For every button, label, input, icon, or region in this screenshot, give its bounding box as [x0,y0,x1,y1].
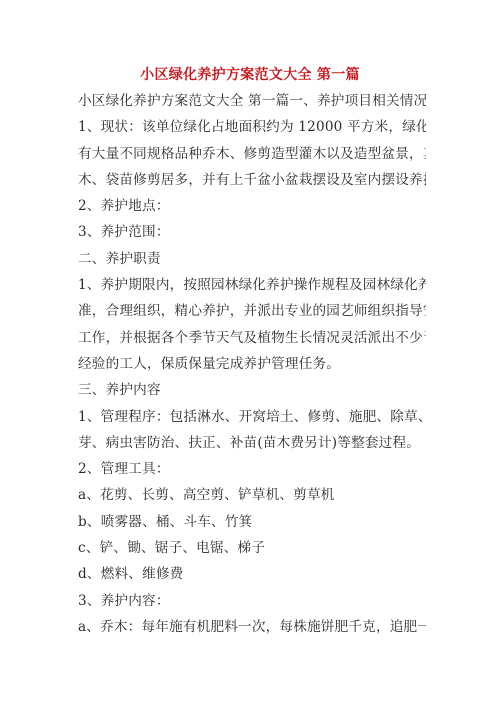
document-body: 小区绿化养护方案范文大全 第一篇一、养护项目相关情况1、现状：该单位绿化占地面积… [78,90,426,642]
document-title: 小区绿化养护方案范文大全 第一篇 [0,64,500,84]
paragraph-line: b、喷雾器、桶、斗车、竹箕 [78,511,426,537]
paragraph-line: 3、养护范围： [78,221,426,247]
paragraph-line: 有大量不同规格品种乔木、修剪造型灌木以及造型盆景，其中以灌 [78,143,426,169]
paragraph-line: 经验的工人，保质保量完成养护管理任务。 [78,353,426,379]
paragraph-line: 3、养护内容： [78,590,426,616]
paragraph-line: a、花剪、长剪、高空剪、铲草机、剪草机 [78,484,426,510]
paragraph-line: a、乔木：每年施有机肥料一次，每株施饼肥千克，追肥一次，每棵 [78,616,426,642]
paragraph-line: 2、管理工具： [78,458,426,484]
document-page: 小区绿化养护方案范文大全 第一篇 小区绿化养护方案范文大全 第一篇一、养护项目相… [0,0,500,707]
paragraph-line: 1、管理程序：包括淋水、开窝培土、修剪、施肥、除草、修剪抹 [78,406,426,432]
paragraph-line: 2、养护地点： [78,195,426,221]
paragraph-line: 小区绿化养护方案范文大全 第一篇一、养护项目相关情况 [78,90,426,116]
paragraph-line: d、燃料、维修费 [78,563,426,589]
paragraph-line: 木、袋苗修剪居多，并有上千盆小盆栽摆设及室内摆设养护。 [78,169,426,195]
paragraph-line: 三、养护内容 [78,379,426,405]
paragraph-line: 工作，并根据各个季节天气及植物生长情况灵活派出不少于 3 位有 [78,327,426,353]
paragraph-line: 1、现状：该单位绿化占地面积约为 12000 平方米，绿化覆盖率高， [78,116,426,142]
paragraph-line: c、铲、锄、锯子、电锯、梯子 [78,537,426,563]
paragraph-line: 准，合理组织，精心养护，并派出专业的园艺师组织指导安排管护 [78,300,426,326]
paragraph-line: 二、养护职责 [78,248,426,274]
paragraph-line: 芽、病虫害防治、扶正、补苗(苗木费另计)等整套过程。 [78,432,426,458]
paragraph-line: 1、养护期限内，按照园林绿化养护操作规程及园林绿化养护质量标 [78,274,426,300]
